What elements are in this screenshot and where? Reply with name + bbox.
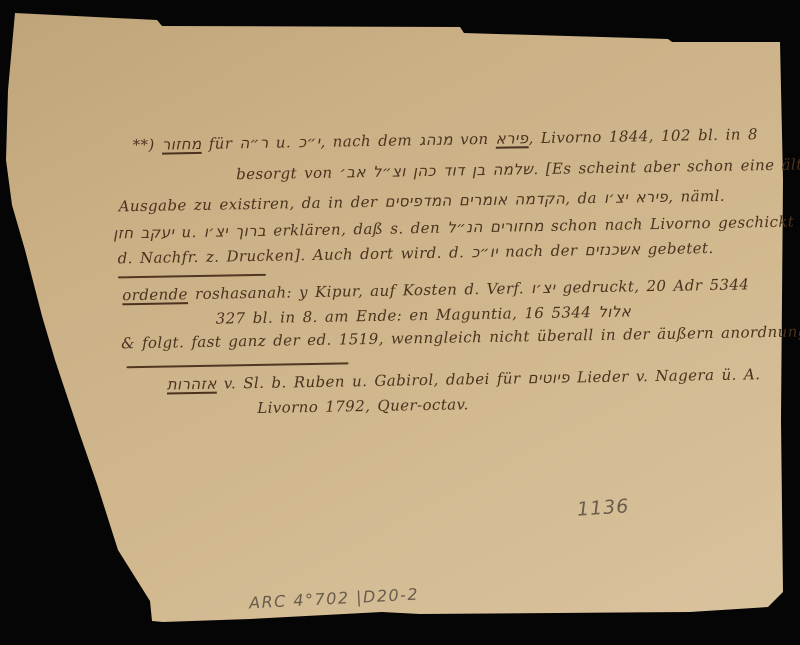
underlined-word: פירא: [496, 129, 529, 148]
manuscript-line: יעקב חזן u. ברוך יצ׳ו erklären, daß s. d…: [113, 213, 794, 243]
underlined-word: מחזור: [162, 135, 202, 154]
underlined-word: אזהרות: [167, 375, 217, 394]
manuscript-line: 327 bl. in 8. am Ende: en Maguntia, 16 א…: [216, 302, 632, 327]
underlined-word: ordende: [122, 285, 188, 304]
manuscript-line: Livorno 1792, Quer-octav.: [257, 395, 469, 417]
manuscript-line: **) מחזור für ר״ה u. י״כ, nach dem מנהג …: [132, 125, 758, 154]
line-segment: , Livorno 1844, 102 bl. in 8: [528, 125, 758, 147]
line-segment: **): [132, 136, 162, 155]
separator-line: [127, 362, 349, 368]
line-segment: roshasanah: y Kipur, auf Kosten d. Verf.…: [188, 275, 750, 303]
manuscript-line: d. Nachfr. z. Drucken]. Auch dort wird. …: [117, 239, 713, 267]
ink-layer: **) מחזור für ר״ה u. י״כ, nach dem מנהג …: [0, 0, 800, 645]
scan-background: **) מחזור für ר״ה u. י״כ, nach dem מנהג …: [0, 0, 800, 645]
folio-number: 1136: [576, 495, 630, 521]
manuscript-line: besorgt von שלמה בן דוד כהן וצ״ל אב׳. [E…: [236, 155, 800, 183]
manuscript-line: אזהרות v. Sl. b. Ruben u. Gabirol, dabei…: [167, 365, 761, 393]
line-segment: für ר״ה u. י״כ, nach dem מנהג von: [201, 130, 495, 153]
line-segment: v. Sl. b. Ruben u. Gabirol, dabei für פי…: [217, 365, 761, 392]
separator-line: [118, 274, 266, 279]
manuscript-line: Ausgabe zu existiren, da in der הקדמה או…: [119, 187, 726, 216]
manuscript-line: ordende roshasanah: y Kipur, auf Kosten …: [122, 275, 749, 304]
